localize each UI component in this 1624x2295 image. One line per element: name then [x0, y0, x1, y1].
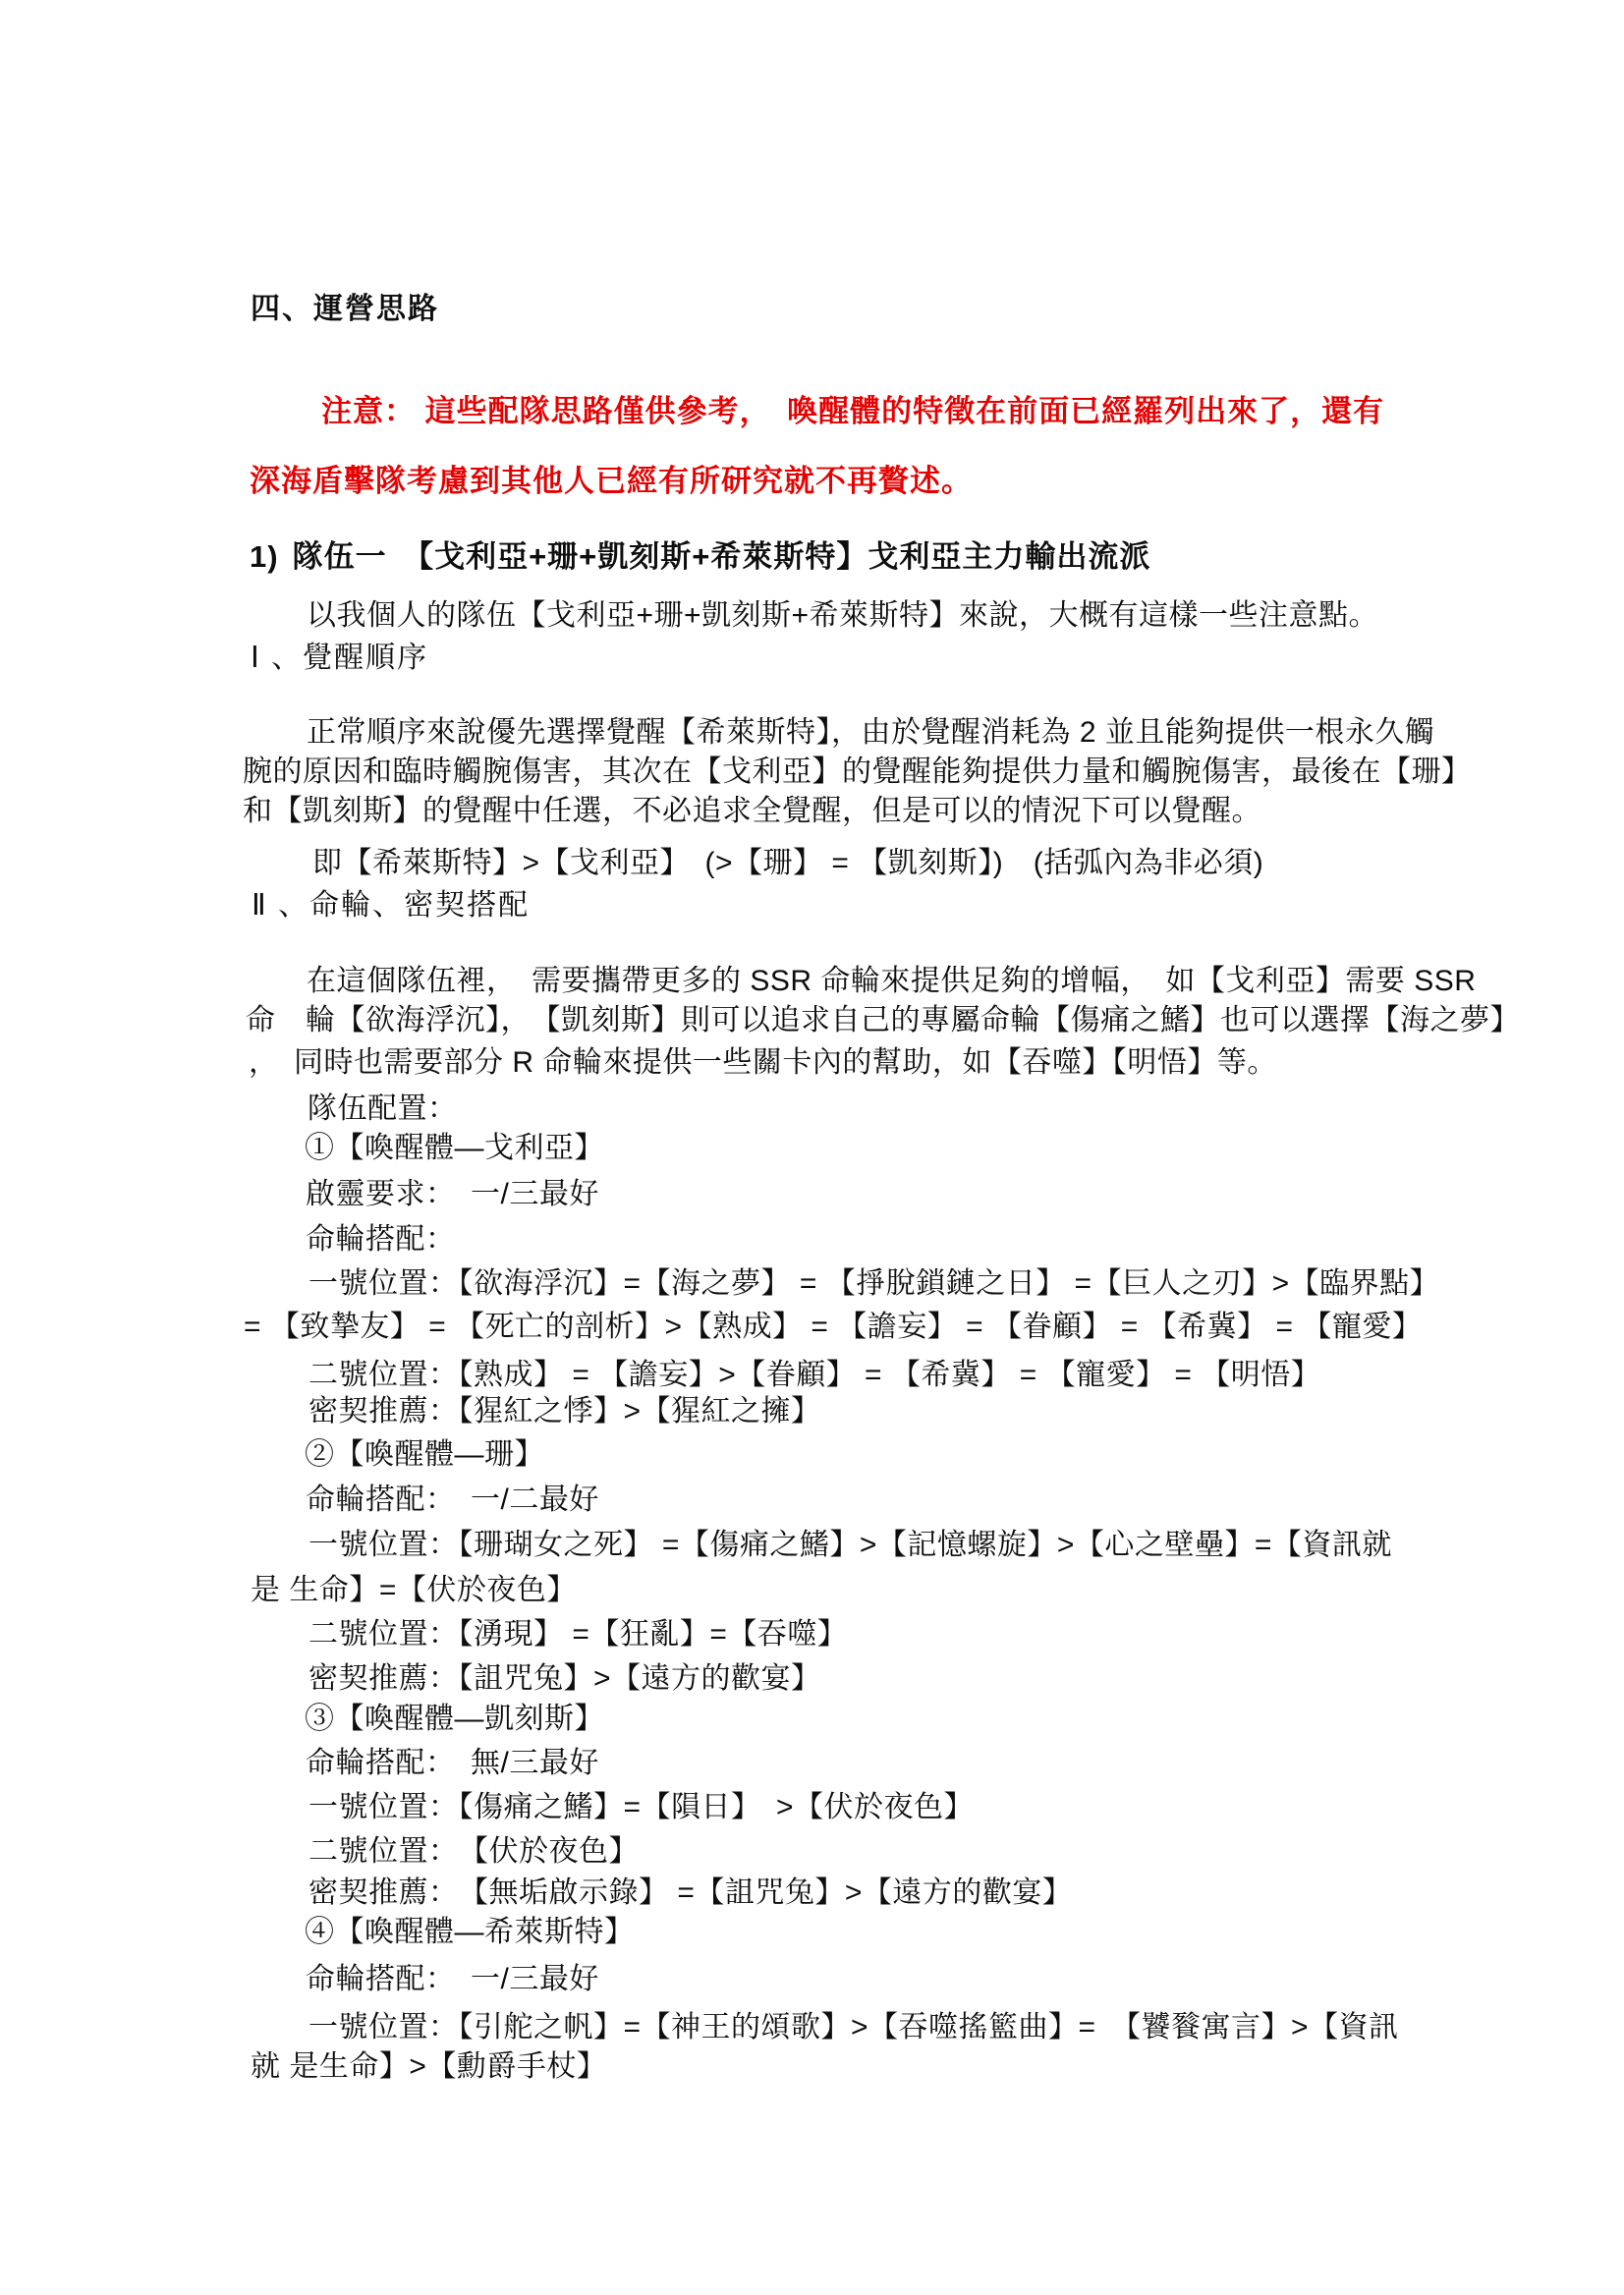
member1-row: 啟靈要求： 一/三最好 — [306, 1176, 599, 1213]
team1-heading-number: 1) — [250, 539, 279, 574]
wheel-paragraph-line: ， 同時也需要部分 R 命輪來提供一些關卡內的幫助，如【吞噬】【明悟】等。 — [249, 1044, 1277, 1082]
member3-row: 命輪搭配： 無/三最好 — [306, 1745, 599, 1782]
awaken-paragraph-line: 正常順序來說優先選擇覺醒【希萊斯特】，由於覺醒消耗為 2 並且能夠提供一根永久觸 — [307, 714, 1434, 752]
subsection-1-heading: Ⅰ 、覺醒順序 — [251, 640, 428, 677]
member3-heading: ③【喚醒體—凱刻斯】 — [305, 1701, 604, 1738]
member2-row: 是 生命】=【伏於夜色】 — [251, 1572, 577, 1609]
wheel-paragraph-line: 命 輪【欲海浮沉】， 【凱刻斯】則可以追求自己的專屬命輪【傷痛之鰭】也可以選擇【… — [246, 1002, 1520, 1039]
awaken-paragraph-line: 和【凱刻斯】的覺醒中任選，不必追求全覺醒，但是可以的情況下可以覺醒。 — [243, 793, 1261, 830]
member2-row: 二號位置：【湧現】 =【狂亂】=【吞噬】 — [308, 1616, 847, 1653]
member3-row: 二號位置： 【伏於夜色】 — [308, 1833, 639, 1871]
section-title: 四、運營思路 — [251, 291, 439, 328]
member2-row: 命輪搭配： 一/二最好 — [306, 1482, 599, 1519]
team-config-label: 隊伍配置： — [308, 1091, 458, 1128]
team1-intro: 以我個人的隊伍【戈利亞+珊+凱刻斯+希萊斯特】來說，大概有這樣一些注意點。 — [307, 597, 1378, 635]
member3-row: 一號位置：【傷痛之鰭】=【隕日】 >【伏於夜色】 — [308, 1789, 974, 1826]
member1-row: 命輪搭配： — [306, 1221, 456, 1259]
member4-row: 一號位置：【引舵之帆】=【神王的頌歌】>【吞噬搖籃曲】= 【饕餮寓言】>【資訊 — [308, 2009, 1399, 2046]
document-page: 四、運營思路 注意： 這些配隊思路僅供參考， 喚醒體的特徵在前面已經羅列出來了，… — [0, 0, 1624, 2295]
awaken-paragraph-line: 腕的原因和臨時觸腕傷害，其次在【戈利亞】的覺醒能夠提供力量和觸腕傷害，最後在【珊… — [243, 754, 1472, 791]
member4-row: 命輪搭配： 一/三最好 — [306, 1961, 599, 1998]
member1-row: 二號位置：【熟成】 = 【譫妄】>【眷顧】 = 【希冀】 = 【寵愛】 = 【明… — [308, 1357, 1320, 1394]
member1-heading: ①【喚醒體—戈利亞】 — [305, 1130, 604, 1167]
wheel-paragraph-line: 在這個隊伍裡， 需要攜帶更多的 SSR 命輪來提供足夠的增幅， 如【戈利亞】需要… — [307, 963, 1476, 1000]
member2-row: 密契推薦：【詛咒兔】>【遠方的歡宴】 — [308, 1660, 821, 1698]
member1-row: = 【致摯友】 = 【死亡的剖析】>【熟成】 = 【譫妄】 = 【眷顧】 = 【… — [244, 1309, 1422, 1346]
member1-row: 密契推薦：【猩紅之悸】>【猩紅之擁】 — [308, 1393, 821, 1430]
awaken-priority-line: 即【希萊斯特】>【戈利亞】 (>【珊】 = 【凱刻斯】) (括弧內為非必須) — [312, 845, 1263, 882]
notice-line-2: 深海盾擊隊考慮到其他人已經有所研究就不再贅述。 — [250, 463, 973, 501]
member2-heading: ②【喚醒體—珊】 — [305, 1436, 544, 1474]
subsection-2-heading: Ⅱ 、命輪、密契搭配 — [252, 887, 530, 924]
member1-row: 一號位置：【欲海浮沉】=【海之夢】 = 【掙脫鎖鏈之日】 =【巨人之刃】>【臨界… — [308, 1265, 1439, 1303]
member4-row: 就 是生命】>【勳爵手杖】 — [251, 2048, 606, 2086]
notice-line-1: 注意： 這些配隊思路僅供參考， 喚醒體的特徵在前面已經羅列出來了，還有 — [321, 393, 1384, 431]
member2-row: 一號位置：【珊瑚女之死】 =【傷痛之鰭】>【記憶螺旋】>【心之壁壘】=【資訊就 — [308, 1527, 1392, 1564]
team1-heading-text: 隊伍一 【戈利亞+珊+凱刻斯+希萊斯特】戈利亞主力輸出流派 — [293, 539, 1151, 574]
member4-heading: ④【喚醒體—希萊斯特】 — [305, 1914, 635, 1951]
team1-heading: 1)隊伍一 【戈利亞+珊+凱刻斯+希萊斯特】戈利亞主力輸出流派 — [250, 538, 1150, 577]
member3-row: 密契推薦： 【無垢啟示錄】 =【詛咒兔】>【遠方的歡宴】 — [308, 1875, 1072, 1912]
